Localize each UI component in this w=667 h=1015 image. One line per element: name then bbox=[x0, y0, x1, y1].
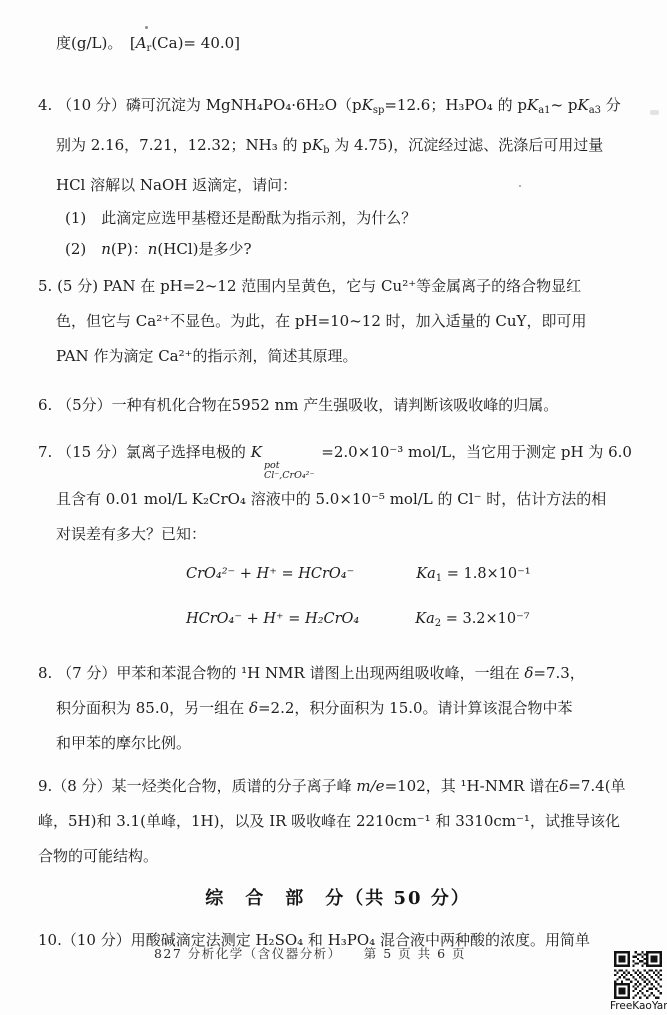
text-segment: r bbox=[147, 43, 152, 54]
text-segment: sp bbox=[373, 105, 385, 116]
text-line: 7. （15 分）氯离子选择电极的 KpotCl⁻,CrO₄²⁻ =2.0×10… bbox=[38, 435, 638, 482]
text-line: 6. （5分）一种有机化合物在5952 nm 产生强吸收，请判断该吸收峰的归属。 bbox=[38, 388, 638, 423]
watermark-text: FreeKaoYan bbox=[610, 1000, 666, 1012]
question-7: 7. （15 分）氯离子选择电极的 KpotCl⁻,CrO₄²⁻ =2.0×10… bbox=[38, 435, 638, 552]
text-line: 且含有 0.01 mol/L K₂CrO₄ 溶液中的 5.0×10⁻⁵ mol/… bbox=[56, 482, 638, 517]
text-line: 和甲苯的摩尔比例。 bbox=[56, 726, 638, 761]
footer-page-number: 第 5 页 共 6 页 bbox=[364, 946, 466, 961]
text-line: CrO₄²⁻ + H⁺ = HCrO₄⁻Ka1 = 1.8×10⁻¹ bbox=[186, 554, 638, 599]
question-8: 8. （7 分）甲苯和苯混合物的 ¹H NMR 谱图上出现两组吸收峰，一组在 δ… bbox=[38, 656, 638, 761]
text-line: (1) 此滴定应选甲基橙还是酚酞为指示剂，为什么？ bbox=[65, 203, 638, 234]
page-footer: 827 分析化学（含仪器分析）第 5 页 共 6 页 bbox=[0, 944, 620, 962]
text-segment: HCrO₄⁻ + H⁺ = H₂CrO₄ bbox=[186, 611, 359, 627]
text-segment: δ bbox=[559, 777, 568, 795]
text-segment: CrO₄²⁻ + H⁺ = HCrO₄⁻ bbox=[186, 566, 354, 582]
section-header: 综 合 部 分（共 50 分） bbox=[38, 884, 638, 910]
qr-code-icon bbox=[614, 951, 662, 999]
text-segment: δ bbox=[524, 664, 533, 682]
text-line: 别为 2.16，7.21，12.32；NH₃ 的 pKb 为 4.75)，沉淀经… bbox=[56, 128, 638, 168]
text-segment: n bbox=[101, 240, 111, 258]
text-segment: δ bbox=[249, 699, 258, 717]
text-line: PAN 作为滴定 Ca²⁺的指示剂，简述其原理。 bbox=[56, 339, 638, 374]
exam-page: 度(g/L)。 [Ar(Ca)= 40.0] 4. （10 分）磷可沉淀为 Mg… bbox=[0, 0, 667, 1015]
text-segment: a1 bbox=[538, 105, 550, 116]
text-segment: Ka bbox=[415, 611, 434, 627]
text-line: 合物的可能结构。 bbox=[38, 839, 638, 874]
text-line: 积分面积为 85.0，另一组在 δ=2.2，积分面积为 15.0。请计算该混合物… bbox=[56, 691, 638, 726]
text-segment: K bbox=[577, 96, 588, 114]
equilibrium-equations: CrO₄²⁻ + H⁺ = HCrO₄⁻Ka1 = 1.8×10⁻¹HCrO₄⁻… bbox=[38, 554, 638, 644]
text-line: 峰，5H)和 3.1(单峰，1H)，以及 IR 吸收峰在 2210cm⁻¹ 和 … bbox=[38, 804, 638, 839]
text-line: 8. （7 分）甲苯和苯混合物的 ¹H NMR 谱图上出现两组吸收峰，一组在 δ… bbox=[38, 656, 638, 691]
intro-line: 度(g/L)。 [Ar(Ca)= 40.0] bbox=[38, 26, 638, 66]
text-line: (2) n(P)：n(HCl)是多少? bbox=[65, 234, 638, 265]
scan-smudge bbox=[650, 110, 659, 115]
text-line: 5. (5 分) PAN 在 pH=2~12 范围内呈黄色，它与 Cu²⁺等金属… bbox=[38, 269, 638, 304]
question-9: 9.（8 分）某一烃类化合物，质谱的分子离子峰 m/e=102，其 ¹H-NMR… bbox=[38, 769, 638, 874]
text-line: HCl 溶解以 NaOH 返滴定，请问： bbox=[56, 168, 638, 203]
text-line: HCrO₄⁻ + H⁺ = H₂CrO₄Ka2 = 3.2×10⁻⁷ bbox=[186, 599, 638, 644]
text-segment: K bbox=[312, 136, 323, 154]
text-line: 色，但它与 Ca²⁺不显色。为此，在 pH=10~12 时，加入适量的 CuY，… bbox=[56, 304, 638, 339]
qr-block: FreeKaoYan bbox=[610, 951, 666, 1012]
selectivity-coefficient-scripts: potCl⁻,CrO₄²⁻ bbox=[264, 461, 315, 482]
text-segment: m/e bbox=[356, 777, 384, 795]
text-line: 9.（8 分）某一烃类化合物，质谱的分子离子峰 m/e=102，其 ¹H-NMR… bbox=[38, 769, 638, 804]
text-segment: b bbox=[323, 145, 329, 156]
text-segment: K bbox=[251, 443, 262, 461]
text-line: 对误差有多大？已知： bbox=[56, 517, 638, 552]
text-line: 4. （10 分）磷可沉淀为 MgNH₄PO₄·6H₂O（pKsp=12.6；H… bbox=[38, 88, 638, 128]
text-segment: Ka bbox=[416, 566, 435, 582]
question-5: 5. (5 分) PAN 在 pH=2~12 范围内呈黄色，它与 Cu²⁺等金属… bbox=[38, 269, 638, 374]
text-segment: 1 bbox=[436, 573, 442, 584]
page-content: 度(g/L)。 [Ar(Ca)= 40.0] 4. （10 分）磷可沉淀为 Mg… bbox=[38, 26, 638, 958]
text-segment: A bbox=[136, 34, 147, 52]
footer-course-title: 827 分析化学（含仪器分析） bbox=[154, 946, 342, 961]
text-segment: 2 bbox=[435, 618, 441, 629]
text-line: 度(g/L)。 [Ar(Ca)= 40.0] bbox=[56, 26, 638, 66]
text-segment: K bbox=[527, 96, 538, 114]
text-segment: a3 bbox=[589, 105, 601, 116]
text-segment: n bbox=[148, 240, 158, 258]
question-4: 4. （10 分）磷可沉淀为 MgNH₄PO₄·6H₂O（pKsp=12.6；H… bbox=[38, 88, 638, 265]
question-6: 6. （5分）一种有机化合物在5952 nm 产生强吸收，请判断该吸收峰的归属。 bbox=[38, 388, 638, 423]
text-segment: K bbox=[362, 96, 373, 114]
